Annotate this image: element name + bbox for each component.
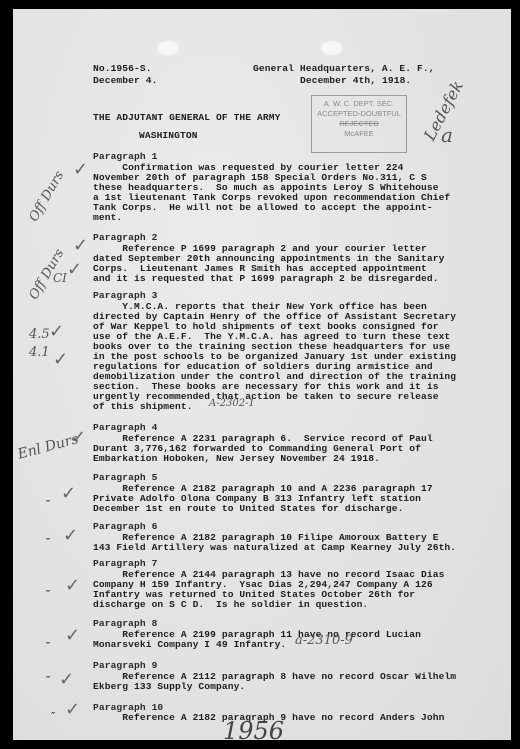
stamp-line-1: A. W. C. DEPT. SEC. xyxy=(312,99,406,109)
paragraph-5-line: December 1st en route to United States f… xyxy=(93,504,403,514)
paragraph-1-line: Tank Corps. He will not be allowed to ac… xyxy=(93,203,433,213)
paragraph-5-title: Paragraph 5 xyxy=(93,473,157,483)
paragraph-4-title: Paragraph 4 xyxy=(93,423,157,433)
ditto-mark: ″ xyxy=(46,675,50,686)
ditto-mark: ″ xyxy=(51,711,55,722)
ditto-mark: ″ xyxy=(46,499,50,510)
paragraph-9-line: Ekberg 133 Supply Company. xyxy=(93,682,245,692)
paragraph-6-line: 143 Field Artillery was naturalized at C… xyxy=(93,543,456,553)
paragraph-3-title: Paragraph 3 xyxy=(93,291,157,301)
ditto-mark: ″ xyxy=(46,589,50,600)
paragraph-1-line: ment. xyxy=(93,213,122,223)
check-mark-icon: ✓ xyxy=(67,259,82,280)
addressee-line-2: WASHINGTON xyxy=(139,131,198,141)
ditto-mark: ″ xyxy=(46,641,50,652)
paragraph-3-line: of this shipment. xyxy=(93,402,193,412)
paragraph-2-title: Paragraph 2 xyxy=(93,233,157,243)
paragraph-9-title: Paragraph 9 xyxy=(93,661,157,671)
check-mark-icon: ✓ xyxy=(73,159,88,180)
punch-hole xyxy=(157,41,179,55)
addressee-line-1: THE ADJUTANT GENERAL OF THE ARMY xyxy=(93,113,280,123)
handwritten-note: a xyxy=(441,123,453,147)
paragraph-6-title: Paragraph 6 xyxy=(93,522,157,532)
check-mark-icon: ✓ xyxy=(53,349,68,370)
check-mark-icon: ✓ xyxy=(73,235,88,256)
paragraph-4-line: Embarkation Hoboken, New Jersey November… xyxy=(93,454,380,464)
handwritten-reference: a-2310-9 xyxy=(295,633,353,648)
paragraph-7-title: Paragraph 7 xyxy=(93,559,157,569)
document-number: No.1956-S. xyxy=(93,64,152,74)
ditto-mark: ″ xyxy=(46,537,50,548)
check-mark-icon: ✓ xyxy=(61,483,76,504)
document-page: No.1956-S. December 4. General Headquart… xyxy=(13,9,511,740)
check-mark-icon: ✓ xyxy=(65,699,80,720)
stamp-line-2: ACCEPTED-DOUBTFUL xyxy=(312,109,406,119)
margin-note: 4.1 xyxy=(29,345,50,360)
stamp-line-4: McAFEE xyxy=(312,129,406,139)
handwritten-reference: A-2302-1 xyxy=(209,398,255,409)
margin-note: CI xyxy=(53,271,67,285)
paragraph-8-line: Monarsveki Company I 49 Infantry. xyxy=(93,640,286,650)
margin-note: Off Durs xyxy=(26,169,67,225)
stamp-line-3: REJECTED xyxy=(312,119,406,129)
check-mark-icon: ✓ xyxy=(49,321,64,342)
check-mark-icon: ✓ xyxy=(59,669,74,690)
check-mark-icon: ✓ xyxy=(63,525,78,546)
check-mark-icon: ✓ xyxy=(65,575,80,596)
received-stamp: A. W. C. DEPT. SEC. ACCEPTED-DOUBTFUL RE… xyxy=(311,95,407,153)
check-mark-icon: ✓ xyxy=(71,427,86,448)
paragraph-7-line: discharge on S C D. Is he soldier in que… xyxy=(93,600,368,610)
margin-note: 4.5 xyxy=(29,327,50,342)
document-date-full: December 4th, 1918. xyxy=(300,76,411,86)
origin-line: General Headquarters, A. E. F., xyxy=(253,64,435,74)
document-date-short: December 4. xyxy=(93,76,157,86)
paragraph-8-title: Paragraph 8 xyxy=(93,619,157,629)
handwritten-file-number: 1956 xyxy=(223,717,284,745)
punch-hole xyxy=(321,41,343,55)
paragraph-1-title: Paragraph 1 xyxy=(93,152,157,162)
check-mark-icon: ✓ xyxy=(65,625,80,646)
paragraph-2-line: and it is requested that P 1699 paragrap… xyxy=(93,274,439,284)
